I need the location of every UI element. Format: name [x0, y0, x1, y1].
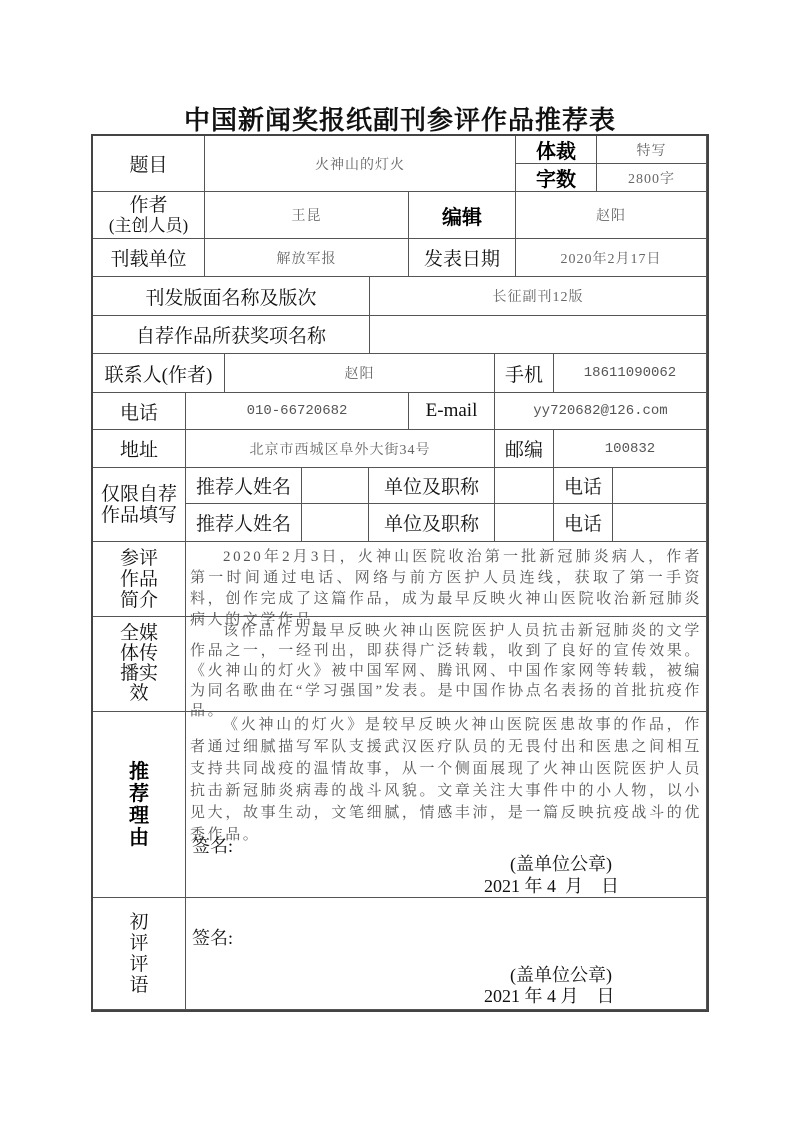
recommender-phone-label: 电话 [553, 467, 613, 504]
awards-value-field[interactable] [369, 315, 707, 354]
publishing-unit-value-field[interactable]: 解放军报 [204, 238, 409, 277]
email-label: E-mail [408, 392, 495, 430]
publish-date-value-field[interactable]: 2020年2月17日 [515, 238, 707, 277]
contact-person-value-field[interactable]: 赵阳 [224, 353, 495, 393]
preliminary-review-cell [185, 897, 707, 1010]
word-count-value-field[interactable]: 2800字 [596, 163, 707, 192]
recommender-unit-label: 单位及职称 [368, 503, 495, 542]
recommender-name-label: 推荐人姓名 [185, 503, 302, 542]
self-recommend-only-label: 仅限自荐 作品填写 [92, 467, 186, 542]
editor-label: 编辑 [408, 191, 516, 239]
page-title: 中国新闻奖报纸副刊参评作品推荐表 [0, 100, 800, 137]
email-value-field[interactable]: yy720682@126.com [494, 392, 707, 430]
author-value-field[interactable]: 王昆 [204, 191, 409, 239]
publishing-unit-label: 刊载单位 [92, 238, 205, 277]
address-label: 地址 [92, 429, 186, 468]
genre-value-field[interactable]: 特写 [596, 135, 707, 164]
preliminary-review-label: 初 评 评 语 [92, 897, 186, 1010]
preliminary-signature-label: 签名: [192, 924, 233, 950]
recommender-phone-label: 电话 [553, 503, 613, 542]
recommender-phone-field[interactable] [612, 467, 707, 504]
author-sublabel: (主创人员) [109, 216, 188, 236]
recommender-name-label: 推荐人姓名 [185, 467, 302, 504]
recommender-unit-field[interactable] [494, 467, 554, 504]
recommendation-label: 推 荐 理 由 [92, 711, 186, 898]
recommender-phone-field[interactable] [612, 503, 707, 542]
recommendation-text[interactable]: 《火神山的灯火》是较早反映火神山医院医患故事的作品，作者通过细腻描写军队支援武汉… [190, 714, 702, 846]
mobile-value-field[interactable]: 18611090062 [553, 353, 707, 393]
title-label: 题目 [92, 135, 205, 192]
title-value-field[interactable]: 火神山的灯火 [204, 135, 516, 192]
publish-date-label: 发表日期 [408, 238, 516, 277]
word-count-label: 字数 [515, 163, 597, 192]
contact-person-label: 联系人(作者) [92, 353, 225, 393]
address-value-field[interactable]: 北京市西城区阜外大街34号 [185, 429, 495, 468]
media-effect-label: 全媒 体传 播实 效 [92, 616, 186, 712]
editor-value-field[interactable]: 赵阳 [515, 191, 707, 239]
recommender-unit-label: 单位及职称 [368, 467, 495, 504]
awards-label: 自荐作品所获奖项名称 [92, 315, 370, 354]
author-label: 作者 [129, 195, 167, 216]
recommendation-signature-label: 签名: [192, 832, 233, 858]
recommender-name-field[interactable] [301, 467, 369, 504]
recommender-unit-field[interactable] [494, 503, 554, 542]
recommender-name-field[interactable] [301, 503, 369, 542]
summary-label: 参评 作品 简介 [92, 541, 186, 617]
postcode-value-field[interactable]: 100832 [553, 429, 707, 468]
genre-label: 体裁 [515, 135, 597, 164]
page-edition-label: 刊发版面名称及版次 [92, 276, 370, 316]
postcode-label: 邮编 [494, 429, 554, 468]
mobile-label: 手机 [494, 353, 554, 393]
page-edition-value-field[interactable]: 长征副刊12版 [369, 276, 707, 316]
recommendation-date: 2021 年 4 月 日 [484, 872, 619, 898]
phone-value-field[interactable]: 010-66720682 [185, 392, 409, 430]
phone-label: 电话 [92, 392, 186, 430]
preliminary-date: 2021 年 4 月 日 [484, 982, 615, 1008]
media-effect-text[interactable]: 该作品作为最早反映火神山医院医护人员抗击新冠肺炎的文学作品之一，一经刊出，即获得… [190, 621, 702, 721]
author-label-cell: 作者 (主创人员) [92, 191, 205, 239]
